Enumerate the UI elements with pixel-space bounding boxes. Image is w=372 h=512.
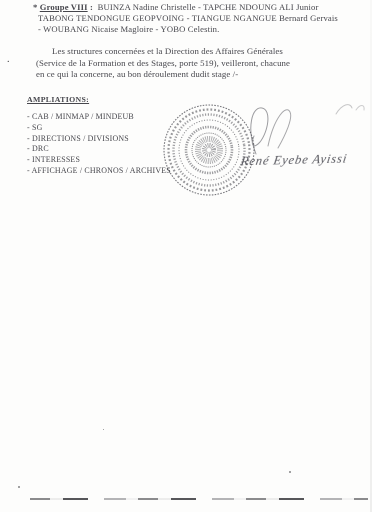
signature-stroke-icon <box>238 96 372 160</box>
group-viii-block: * Groupe VIII : BUINZA Nadine Christelle… <box>33 2 365 35</box>
group-colon: : <box>88 2 98 12</box>
body-paragraph: Les structures concernées et la Directio… <box>36 46 360 81</box>
signature-name: René Eyebe Ayissi <box>240 152 349 170</box>
group-names-line1: BUINZA Nadine Christelle - TAPCHE NDOUNG… <box>98 2 319 12</box>
scan-speck <box>103 429 104 430</box>
body-paragraph-line3: en ce qui la concerne, au bon déroulemen… <box>36 69 360 81</box>
group-names-line3: - WOUBANG Nicaise Magloire - YOBO Celest… <box>33 24 365 35</box>
group-label: Groupe VIII <box>40 2 88 12</box>
margin-dot-artifact: . <box>7 54 10 65</box>
group-viii-line1: * Groupe VIII : BUINZA Nadine Christelle… <box>33 2 365 13</box>
scan-speck <box>289 471 291 473</box>
body-paragraph-line2: (Service de la Formation et des Stages, … <box>36 58 360 70</box>
body-paragraph-line1: Les structures concernées et la Directio… <box>36 46 360 58</box>
scan-speck <box>18 486 20 488</box>
bottom-scan-edge-artifact <box>30 498 368 500</box>
group-bullet: * <box>33 2 40 12</box>
group-names-line2: TABONG TENDONGUE GEOPVOING - TIANGUE NGA… <box>33 13 365 24</box>
